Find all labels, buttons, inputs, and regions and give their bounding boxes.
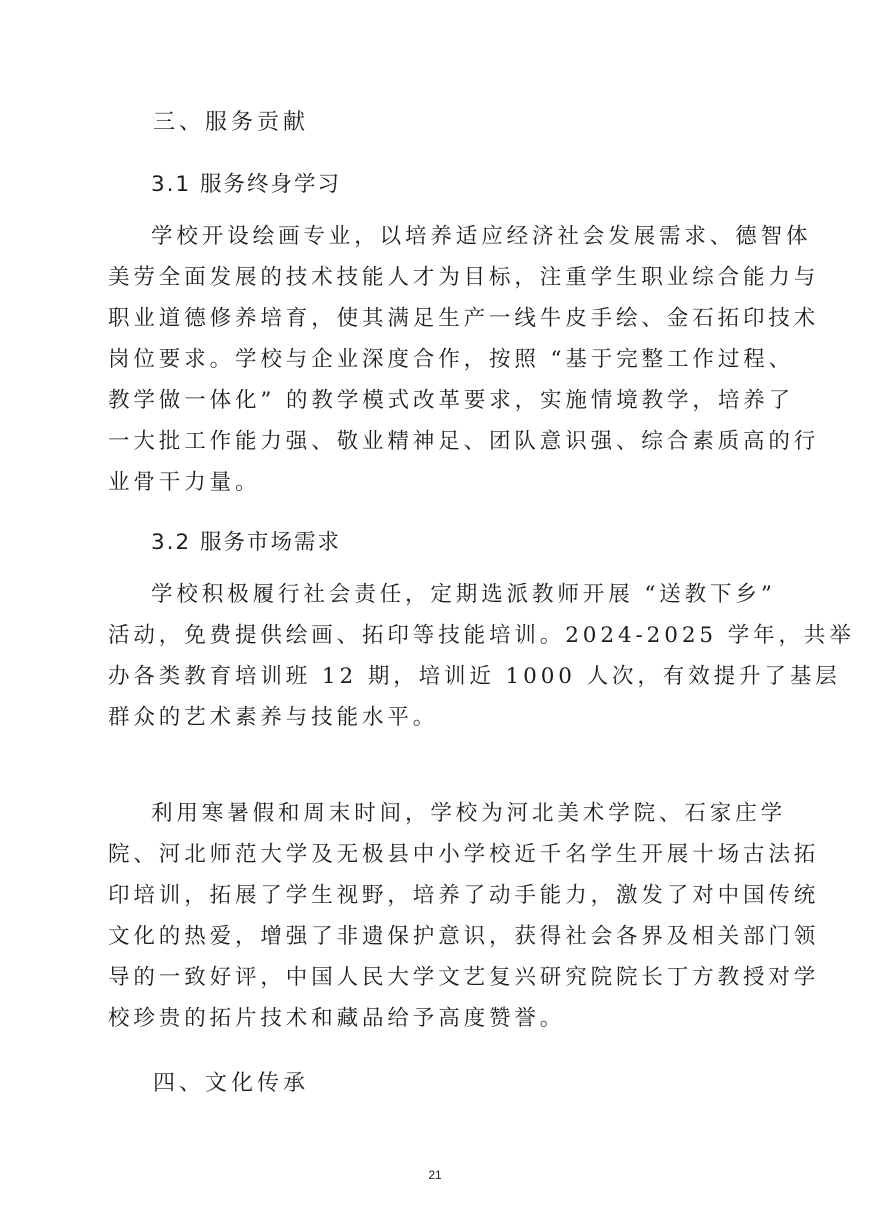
paragraph-line: 导的一致好评，中国人民大学文艺复兴研究院院长丁方教授对学: [108, 964, 819, 992]
subsection-3-1-heading: 3.1 服务终身学习: [151, 171, 341, 199]
section-3-heading: 三、服务贡献: [153, 109, 309, 137]
paragraph-line: 教学做一体化” 的教学模式改革要求，实施情境教学，培养了: [108, 387, 794, 415]
paragraph-line: 业骨干力量。: [108, 469, 260, 497]
paragraph-line: 办各类教育培训班 12 期，培训近 1000 人次，有效提升了基层: [108, 663, 841, 691]
page-number: 21: [0, 1168, 870, 1182]
paragraph-line: 活动，免费提供绘画、拓印等技能培训。2024-2025 学年，共举: [108, 622, 855, 650]
paragraph-line: 利用寒暑假和周末时间，学校为河北美术学院、石家庄学: [151, 800, 786, 828]
paragraph-line: 一大批工作能力强、敬业精神足、团队意识强、综合素质高的行: [108, 428, 819, 456]
paragraph-line: 学校积极履行社会责任，定期选派教师开展 “送教下乡”: [151, 581, 776, 609]
paragraph-line: 院、河北师范大学及无极县中小学校近千名学生开展十场古法拓: [108, 841, 819, 869]
paragraph-line: 校珍贵的拓片技术和藏品给予高度赞誉。: [108, 1005, 565, 1033]
paragraph-line: 美劳全面发展的技术技能人才为目标，注重学生职业综合能力与: [108, 264, 819, 292]
paragraph-line: 岗位要求。学校与企业深度合作，按照 “基于完整工作过程、: [108, 346, 794, 374]
paragraph-line: 群众的艺术素养与技能水平。: [108, 704, 438, 732]
paragraph-line: 学校开设绘画专业，以培养适应经济社会发展需求、德智体: [151, 223, 811, 251]
paragraph-line: 印培训，拓展了学生视野，培养了动手能力，激发了对中国传统: [108, 882, 819, 910]
paragraph-line: 职业道德修养培育，使其满足生产一线牛皮手绘、金石拓印技术: [108, 305, 819, 333]
paragraph-line: 文化的热爱，增强了非遗保护意识，获得社会各界及相关部门领: [108, 923, 819, 951]
section-4-heading: 四、文化传承: [153, 1070, 309, 1098]
subsection-3-2-heading: 3.2 服务市场需求: [151, 529, 341, 557]
